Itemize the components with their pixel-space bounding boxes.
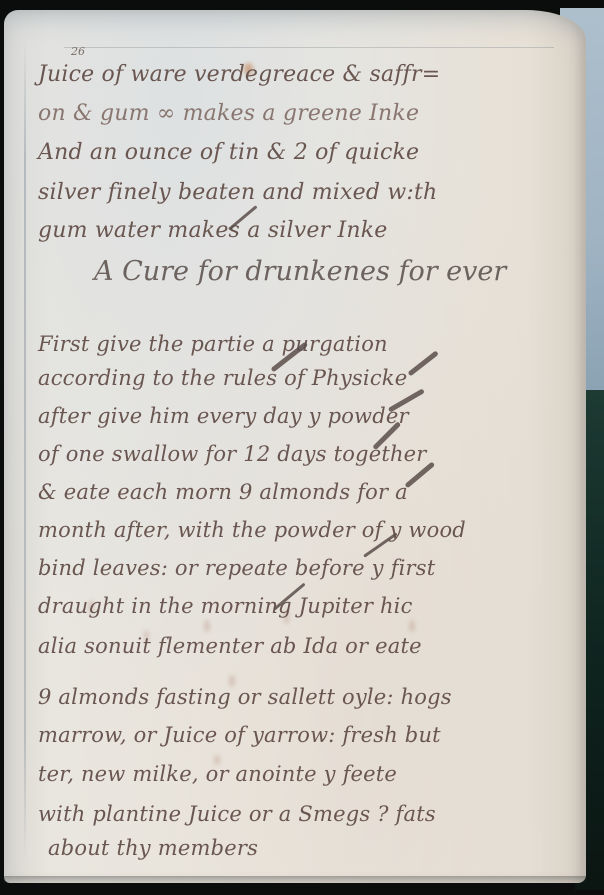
manuscript-line: marrow, or Juice of yarrow: fresh but — [38, 723, 441, 747]
manuscript-line: draught in the morning Jupiter hic — [38, 594, 413, 618]
manuscript-line: gum water makes a silver Inke — [38, 218, 387, 243]
manuscript-line: bind leaves: or repeate before y first — [38, 556, 435, 580]
photo-frame: 26 Juice of ware verdegreace & saffr= on… — [0, 0, 604, 895]
manuscript-line: And an ounce of tin & 2 of quicke — [38, 140, 419, 165]
ink-stain — [204, 620, 210, 632]
manuscript-line: about thy members — [48, 836, 258, 860]
manuscript-line: on & gum ∞ makes a greene Inke — [38, 101, 419, 126]
manuscript-page: 26 Juice of ware verdegreace & saffr= on… — [4, 10, 586, 883]
recipe-heading: A Cure for drunkenes for ever — [94, 256, 506, 287]
manuscript-line: after give him every day y powder — [38, 404, 409, 428]
manuscript-line: of one swallow for 12 days together — [38, 442, 427, 466]
manuscript-line: month after, with the powder of y wood — [38, 518, 466, 542]
margin-rule — [24, 40, 26, 860]
manuscript-line: ter, new milke, or anointe y feete — [38, 762, 397, 786]
page-number: 26 — [71, 45, 85, 58]
manuscript-line: 9 almonds fasting or sallett oyle: hogs — [38, 685, 452, 709]
top-rule — [64, 47, 554, 48]
page-bottom-edge — [4, 876, 586, 884]
manuscript-line: with plantine Juice or a Smegs ? fats — [38, 802, 436, 826]
ink-stain — [409, 620, 415, 632]
manuscript-line: & eate each morn 9 almonds for a — [38, 480, 408, 504]
manuscript-line: alia sonuit flementer ab Ida or eate — [38, 634, 422, 658]
manuscript-line: according to the rules of Physicke — [38, 366, 407, 390]
manuscript-line: Juice of ware verdegreace & saffr= — [38, 62, 440, 87]
manuscript-line: silver finely beaten and mixed w:th — [38, 180, 437, 205]
pen-stroke-mark — [407, 350, 438, 376]
manuscript-line: First give the partie a purgation — [38, 332, 388, 356]
